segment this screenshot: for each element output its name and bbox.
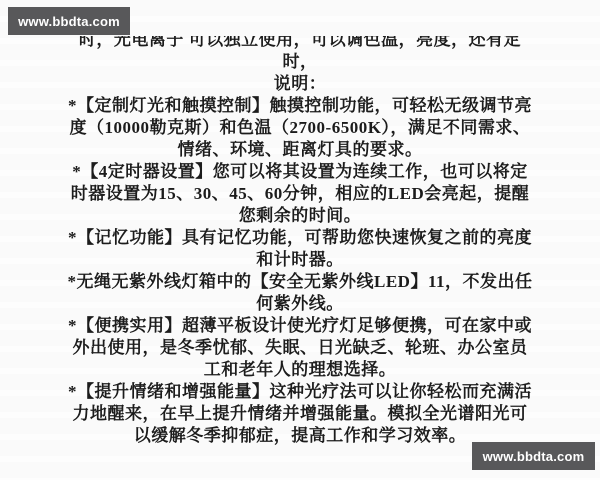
text-line: 时， xyxy=(30,51,570,73)
description-text-block: 时，光电离子 可以独立使用，可以调色温，亮度，还有定 时， 说明： *【定制灯光… xyxy=(30,36,570,447)
text-line: 工和老年人的理想选择。 xyxy=(30,359,570,381)
page: { "watermarks": { "top_left": "www.bbdta… xyxy=(0,0,600,480)
text-line: 外出使用，是冬季忧郁、失眠、日光缺乏、轮班、办公室员 xyxy=(30,337,570,359)
text-line: *无绳无紫外线灯箱中的【安全无紫外线LED】11，不发出任 xyxy=(30,271,570,293)
text-line: *【记忆功能】具有记忆功能，可帮助您快速恢复之前的亮度 xyxy=(30,227,570,249)
text-line: 时器设置为15、30、45、60分钟，相应的LED会亮起，提醒 xyxy=(30,183,570,205)
text-line: 力地醒来，在早上提升情绪并增强能量。模拟全光谱阳光可 xyxy=(30,403,570,425)
text-line: 您剩余的时间。 xyxy=(30,205,570,227)
description-text-area: 时，光电离子 可以独立使用，可以调色温，亮度，还有定 时， 说明： *【定制灯光… xyxy=(30,36,570,480)
text-line: 何紫外线。 xyxy=(30,293,570,315)
text-line: 说明： xyxy=(30,73,570,95)
watermark-top-left: www.bbdta.com xyxy=(8,7,130,35)
text-line: 和计时器。 xyxy=(30,249,570,271)
text-line: 时，光电离子 可以独立使用，可以调色温，亮度，还有定 xyxy=(30,36,570,51)
text-line: *【定制灯光和触摸控制】触摸控制功能，可轻松无级调节亮 xyxy=(30,95,570,117)
watermark-bottom-right: www.bbdta.com xyxy=(472,442,595,470)
text-line: 度（10000勒克斯）和色温（2700-6500K），满足不同需求、 xyxy=(30,117,570,139)
text-line: 情绪、环境、距离灯具的要求。 xyxy=(30,139,570,161)
text-line: *【便携实用】超薄平板设计使光疗灯足够便携，可在家中或 xyxy=(30,315,570,337)
text-line: *【提升情绪和增强能量】这种光疗法可以让你轻松而充满活 xyxy=(30,381,570,403)
text-line: *【4定时器设置】您可以将其设置为连续工作，也可以将定 xyxy=(30,161,570,183)
